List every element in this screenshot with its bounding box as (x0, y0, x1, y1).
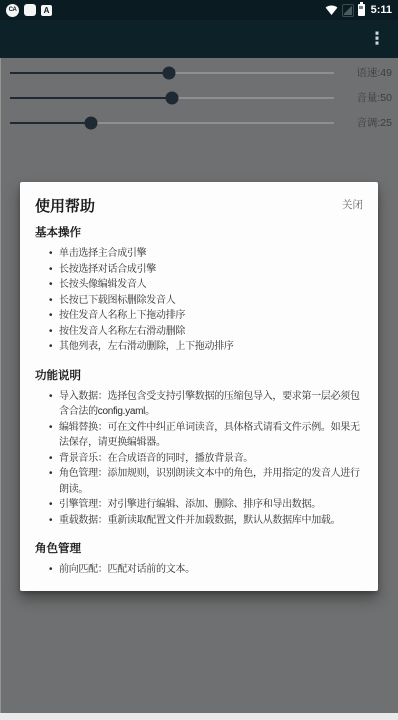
tts-sliders: 语速:49 音量:50 音调:25 (0, 60, 398, 135)
screen: CA A 5:11 ⋮ 语速:49 (0, 0, 398, 720)
list-item: 其他列表，左右滑动删除，上下拖动排序 (49, 339, 363, 355)
features-list: 导入数据：选择包含受支持引擎数据的压缩包导入，要求第一层必须包含合法的confi… (35, 389, 363, 529)
speech-rate-slider[interactable] (10, 66, 334, 79)
volume-slider-row: 音量:50 (0, 85, 398, 110)
app-bar: ⋮ (0, 20, 398, 58)
overflow-menu-icon[interactable]: ⋮ (362, 24, 392, 54)
list-item: 按住发音人名称左右滑动删除 (49, 324, 363, 340)
list-item: 编辑替换：可在文件中纠正单词读音，具体格式请看文件示例。如果无法保存，请更换编辑… (49, 420, 363, 451)
list-item: 角色管理：添加规则，识别朗读文本中的角色，并用指定的发音人进行朗读。 (49, 466, 363, 497)
list-item: 重载数据：重新读取配置文件并加载数据，默认从数据库中加载。 (49, 513, 363, 529)
list-item: 长按选择对话合成引擎 (49, 262, 363, 278)
pitch-slider[interactable] (10, 116, 334, 129)
list-item: 长按已下载图标删除发音人 (49, 293, 363, 309)
list-item: 长按头像编辑发音人 (49, 277, 363, 293)
slider-thumb[interactable] (162, 66, 175, 79)
status-bar-system-icons: 5:11 (325, 4, 392, 17)
slider-thumb[interactable] (85, 116, 98, 129)
status-bar-notifications: CA A (6, 4, 325, 17)
network-icon (342, 4, 354, 17)
screen-bottom-edge (0, 713, 398, 720)
status-bar: CA A 5:11 (0, 0, 398, 20)
section-heading-basic-operations: 基本操作 (35, 224, 363, 240)
list-item: 单击选择主合成引擎 (49, 246, 363, 262)
dialog-title: 使用帮助 (35, 195, 95, 216)
list-item: 引擎管理：对引擎进行编辑、添加、删除、排序和导出数据。 (49, 497, 363, 513)
dialog-header: 使用帮助 关闭 (35, 195, 363, 216)
app-badge-a-icon: A (41, 5, 52, 16)
section-heading-features: 功能说明 (35, 367, 363, 383)
pitch-slider-row: 音调:25 (0, 110, 398, 135)
help-dialog: 使用帮助 关闭 基本操作 单击选择主合成引擎 长按选择对话合成引擎 长按头像编辑… (20, 182, 378, 591)
app-badge-circle-icon: CA (6, 4, 19, 17)
slider-thumb[interactable] (166, 91, 179, 104)
battery-icon (358, 4, 365, 16)
close-button[interactable]: 关闭 (342, 195, 363, 214)
list-item: 按住发音人名称上下拖动排序 (49, 308, 363, 324)
slider-fill (10, 72, 169, 74)
clock: 5:11 (371, 4, 392, 16)
slider-fill (10, 97, 172, 99)
basic-operations-list: 单击选择主合成引擎 长按选择对话合成引擎 长按头像编辑发音人 长按已下载图标删除… (35, 246, 363, 355)
section-heading-role-management: 角色管理 (35, 540, 363, 556)
list-item: 导入数据：选择包含受支持引擎数据的压缩包导入，要求第一层必须包含合法的confi… (49, 389, 363, 420)
speech-rate-label: 语速:49 (340, 65, 394, 80)
volume-label: 音量:50 (340, 90, 394, 105)
wifi-icon (325, 4, 338, 16)
role-management-list: 前向匹配：匹配对话前的文本。 (35, 562, 363, 578)
list-item: 前向匹配：匹配对话前的文本。 (49, 562, 363, 578)
volume-slider[interactable] (10, 91, 334, 104)
app-badge-square-icon (24, 4, 36, 16)
list-item: 背景音乐：在合成语音的同时，播放背景音。 (49, 451, 363, 467)
slider-fill (10, 122, 91, 124)
speech-rate-slider-row: 语速:49 (0, 60, 398, 85)
pitch-label: 音调:25 (340, 115, 394, 130)
